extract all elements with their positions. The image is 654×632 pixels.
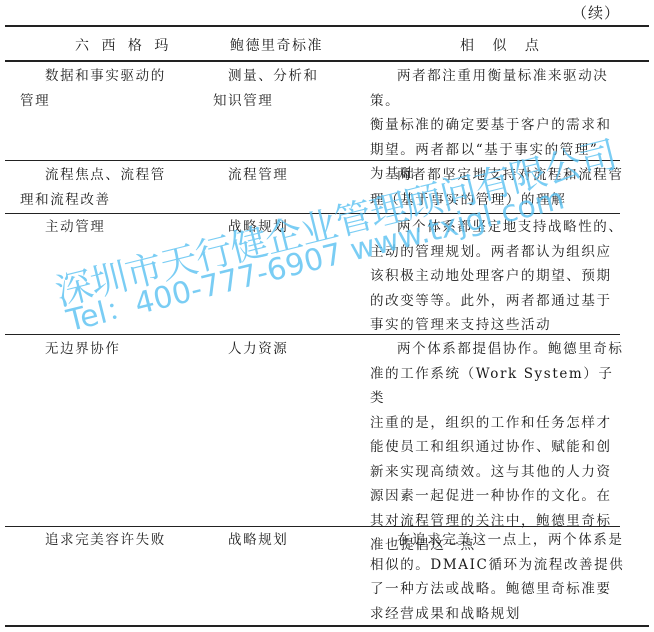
cell-six-sigma: 无边界协作 [25,337,175,362]
cell-baldrige: 流程管理 [213,163,353,188]
cell-six-sigma: 流程焦点、流程管 理和流程改善 [25,163,175,212]
cell-line: 期望。两者都以“基于事实的管理” [370,138,626,163]
header-similarity: 相 似 点 [460,35,546,55]
bottom-rule [5,625,649,627]
cell-line: 管理 [20,89,175,114]
cell-similarity: 两个体系都坚定地支持战略性的、 主动的管理规划。两者都认为组织应 该积极主动地处… [370,215,626,338]
continued-label: （续） [572,2,620,23]
cell-baldrige: 测量、分析和 知识管理 [213,64,353,113]
cell-line: 无边界协作 [25,337,175,362]
cell-line: 能使员工和组织通过协作、赋能和创 [370,435,626,460]
cell-six-sigma: 追求完美容许失败 [25,528,175,553]
row-divider [5,334,620,335]
header-baldrige: 鲍德里奇标准 [230,35,323,55]
cell-line: 求经营成果和战略规划 [370,602,626,627]
cell-six-sigma: 主动管理 [25,215,175,240]
cell-similarity: 两者都坚定地支持对流程和流程管 理（基于事实的管理）的理解 [370,163,626,212]
cell-line: 新来实现高绩效。这与其他的人力资 [370,460,626,485]
row-divider [5,526,620,527]
cell-line: 衡量标准的确定要基于客户的需求和 [370,113,626,138]
cell-baldrige: 人力资源 [213,337,353,362]
top-rule [5,25,649,27]
cell-line: 注重的是，组织的工作和任务怎样才 [370,411,626,436]
cell-line: 流程焦点、流程管 [25,163,175,188]
cell-six-sigma: 数据和事实驱动的 管理 [25,64,175,113]
cell-line: 两个体系都坚定地支持战略性的、 [370,215,626,240]
cell-line: 理和流程改善 [20,188,175,213]
cell-line: 两者都注重用衡量标准来驱动决策。 [370,64,626,113]
header-rule [5,60,649,62]
cell-line: 战略规划 [213,215,353,240]
cell-baldrige: 战略规划 [213,528,353,553]
row-divider [5,160,620,161]
cell-line: 该积极主动地处理客户的期望、预期 [370,264,626,289]
cell-line: 源因素一起促进一种协作的文化。在 [370,484,626,509]
cell-line: 理（基于事实的管理）的理解 [370,188,626,213]
cell-similarity: 在追求完美这一点上，两个体系是 相似的。DMAIC循环为流程改善提供 了一种方法… [370,528,626,626]
header-six-sigma: 六 西 格 玛 [75,35,172,55]
cell-line: 两者都坚定地支持对流程和流程管 [370,163,626,188]
row-divider [5,213,620,214]
cell-line: 流程管理 [213,163,353,188]
cell-baldrige: 战略规划 [213,215,353,240]
cell-line: 准的工作系统（Work System）子类 [370,362,626,411]
cell-similarity: 两个体系都提倡协作。鲍德里奇标 准的工作系统（Work System）子类 注重… [370,337,626,558]
cell-line: 的改变等等。此外，两者都通过基于 [370,289,626,314]
cell-line: 测量、分析和 [213,64,353,89]
cell-line: 在追求完美这一点上，两个体系是 [370,528,626,553]
cell-line: 数据和事实驱动的 [25,64,175,89]
cell-line: 人力资源 [213,337,353,362]
cell-line: 相似的。DMAIC循环为流程改善提供 [370,553,626,578]
cell-line: 追求完美容许失败 [25,528,175,553]
cell-line: 了一种方法或战略。鲍德里奇标准要 [370,577,626,602]
cell-line: 主动的管理规划。两者都认为组织应 [370,240,626,265]
cell-line: 主动管理 [25,215,175,240]
cell-line: 战略规划 [213,528,353,553]
cell-line: 两个体系都提倡协作。鲍德里奇标 [370,337,626,362]
cell-line: 知识管理 [213,89,353,114]
